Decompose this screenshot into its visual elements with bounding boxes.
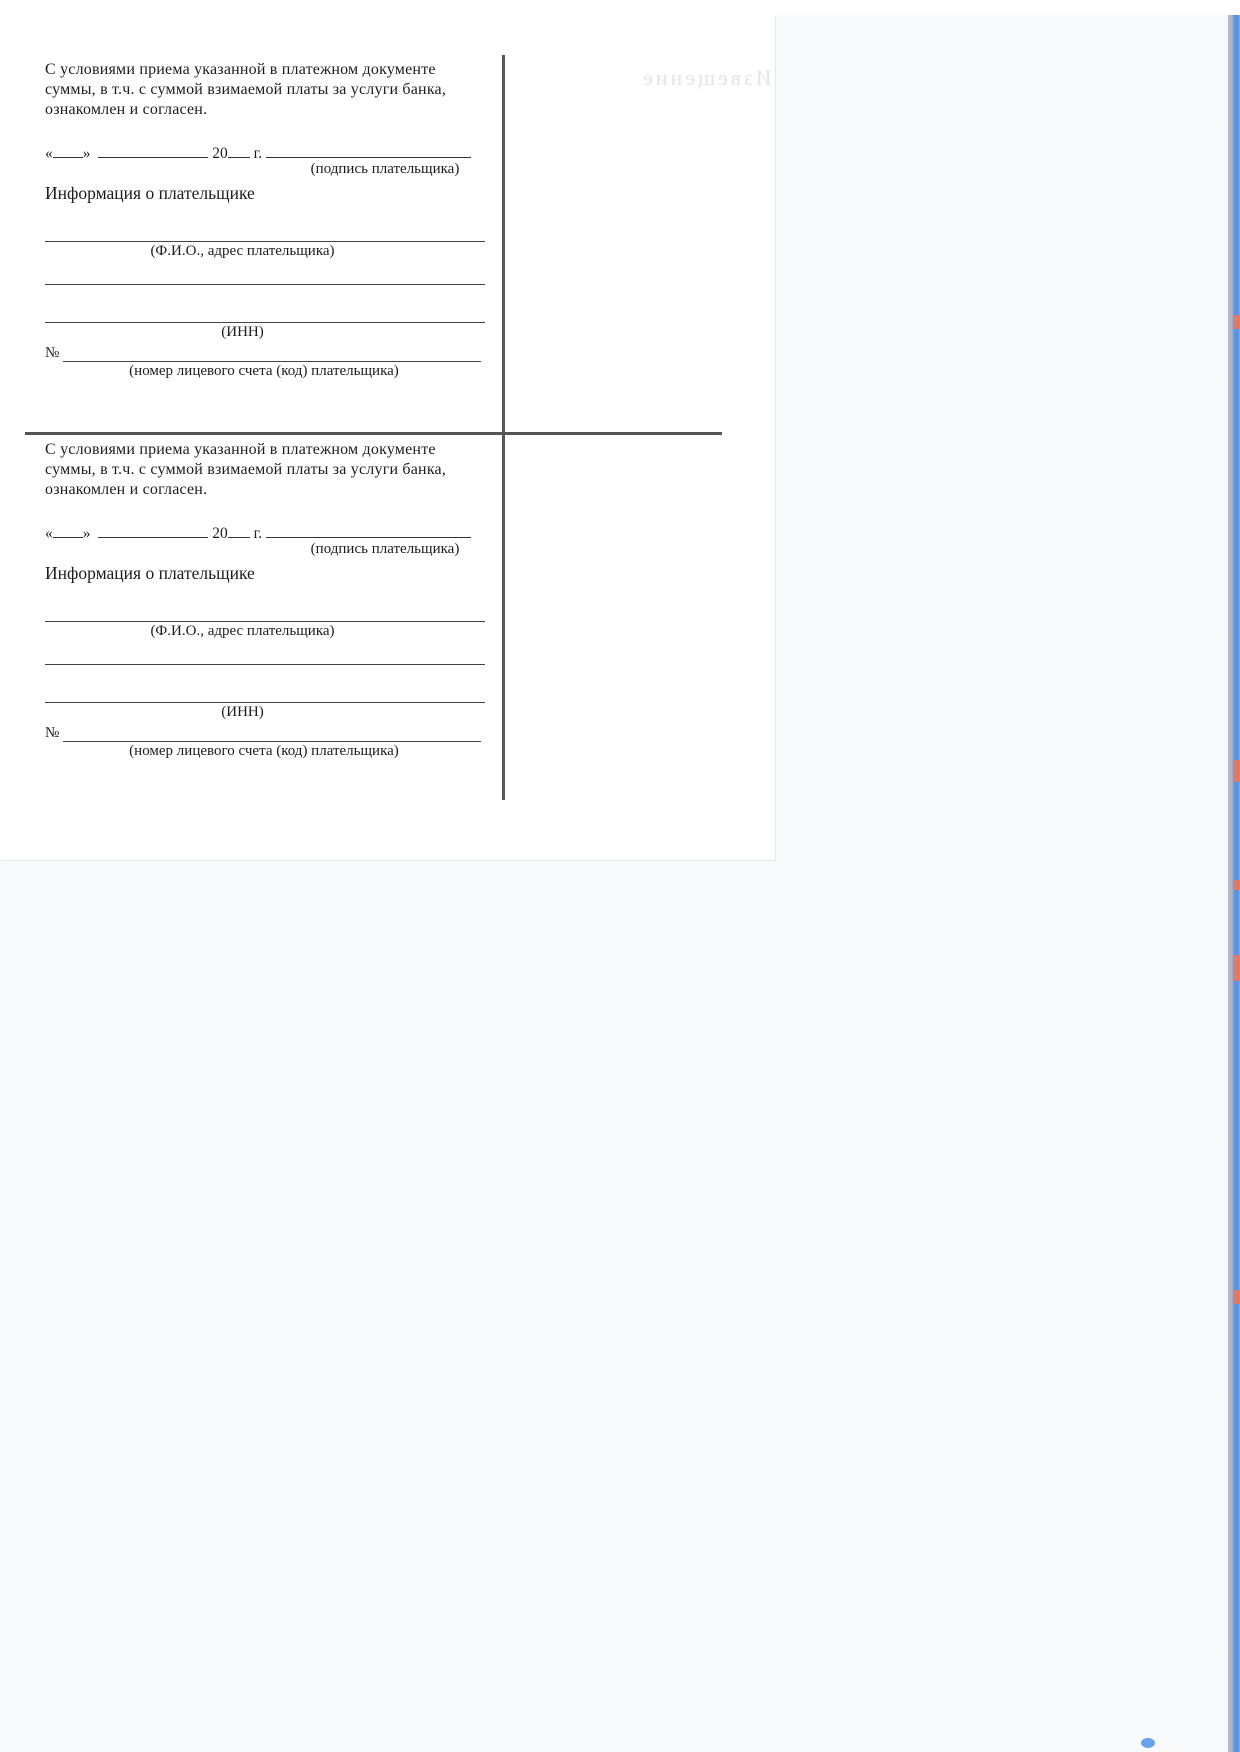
account-caption: (номер лицевого счета (код) плательщика) <box>45 742 483 760</box>
show-through-text: Извещение <box>640 65 772 91</box>
day-field[interactable] <box>53 523 83 538</box>
extra-address-field[interactable] <box>45 645 485 665</box>
name-address-field[interactable] <box>45 602 485 622</box>
consent-text: С условиями приема указанной в платежном… <box>45 440 495 500</box>
account-number-field[interactable] <box>63 345 481 362</box>
horizontal-divider <box>25 432 722 435</box>
payer-consent-block-1: С условиями приема указанной в платежном… <box>45 60 495 380</box>
name-address-field[interactable] <box>45 222 485 242</box>
edge-mark <box>1234 880 1240 890</box>
inn-caption: (ИНН) <box>45 323 440 341</box>
edge-mark <box>1234 955 1240 981</box>
day-field[interactable] <box>53 143 83 158</box>
signature-field[interactable] <box>266 523 471 538</box>
ink-speck <box>1141 1738 1155 1748</box>
inn-field[interactable] <box>45 683 485 703</box>
signature-caption: (подпись плательщика) <box>290 160 480 178</box>
date-signature-line: «» 20 г. (подпись плательщика) <box>45 143 495 163</box>
account-number-field[interactable] <box>63 725 481 742</box>
month-field[interactable] <box>98 523 208 538</box>
name-address-caption: (Ф.И.О., адрес плательщика) <box>45 242 440 260</box>
date-signature-line: «» 20 г. (подпись плательщика) <box>45 523 495 543</box>
edge-mark <box>1234 315 1240 329</box>
payer-consent-block-2: С условиями приема указанной в платежном… <box>45 440 495 760</box>
account-caption: (номер лицевого счета (код) плательщика) <box>45 362 483 380</box>
inn-caption: (ИНН) <box>45 703 440 721</box>
vertical-divider <box>502 55 505 800</box>
year-field[interactable] <box>228 143 250 158</box>
payer-info-heading: Информация о плательщике <box>45 183 495 204</box>
payer-info-heading: Информация о плательщике <box>45 563 495 584</box>
edge-mark <box>1234 1290 1240 1304</box>
edge-mark <box>1234 760 1240 782</box>
name-address-caption: (Ф.И.О., адрес плательщика) <box>45 622 440 640</box>
signature-caption: (подпись плательщика) <box>290 540 480 558</box>
signature-field[interactable] <box>266 143 471 158</box>
number-sign: № <box>45 725 59 742</box>
month-field[interactable] <box>98 143 208 158</box>
year-field[interactable] <box>228 523 250 538</box>
number-sign: № <box>45 345 59 362</box>
consent-text: С условиями приема указанной в платежном… <box>45 60 495 120</box>
extra-address-field[interactable] <box>45 265 485 285</box>
inn-field[interactable] <box>45 303 485 323</box>
